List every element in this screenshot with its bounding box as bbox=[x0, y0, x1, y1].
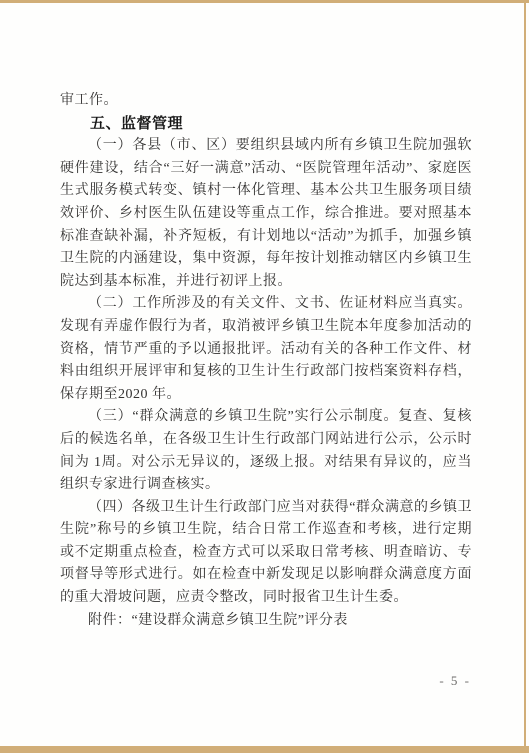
continuation-line: 审工作。 bbox=[60, 90, 472, 113]
paragraph-3: （三）“群众满意的乡镇卫生院”实行公示制度。复查、复核后的候选名单，在各级卫生计… bbox=[60, 406, 472, 496]
page-number: - 5 - bbox=[439, 673, 471, 689]
paragraph-2: （二）工作所涉及的有关文件、文书、佐证材料应当真实。发现有弄虚作假行为者，取消被… bbox=[60, 293, 472, 406]
page-edge-top bbox=[0, 0, 529, 3]
page-edge-bottom bbox=[0, 746, 529, 753]
body-text: 审工作。 五、监督管理 （一）各县（市、区）要组织县域内所有乡镇卫生院加强软硬件… bbox=[60, 90, 472, 632]
paragraph-1: （一）各县（市、区）要组织县域内所有乡镇卫生院加强软硬件建设，结合“三好一满意”… bbox=[60, 135, 472, 293]
document-page: 审工作。 五、监督管理 （一）各县（市、区）要组织县域内所有乡镇卫生院加强软硬件… bbox=[0, 0, 529, 753]
paragraph-4: （四）各级卫生计生行政部门应当对获得“群众满意的乡镇卫生院”称号的乡镇卫生院，结… bbox=[60, 497, 472, 610]
section-heading: 五、监督管理 bbox=[60, 113, 472, 136]
attachment-line: 附件：“建设群众满意乡镇卫生院”评分表 bbox=[60, 610, 472, 633]
page-edge-right bbox=[524, 0, 526, 753]
